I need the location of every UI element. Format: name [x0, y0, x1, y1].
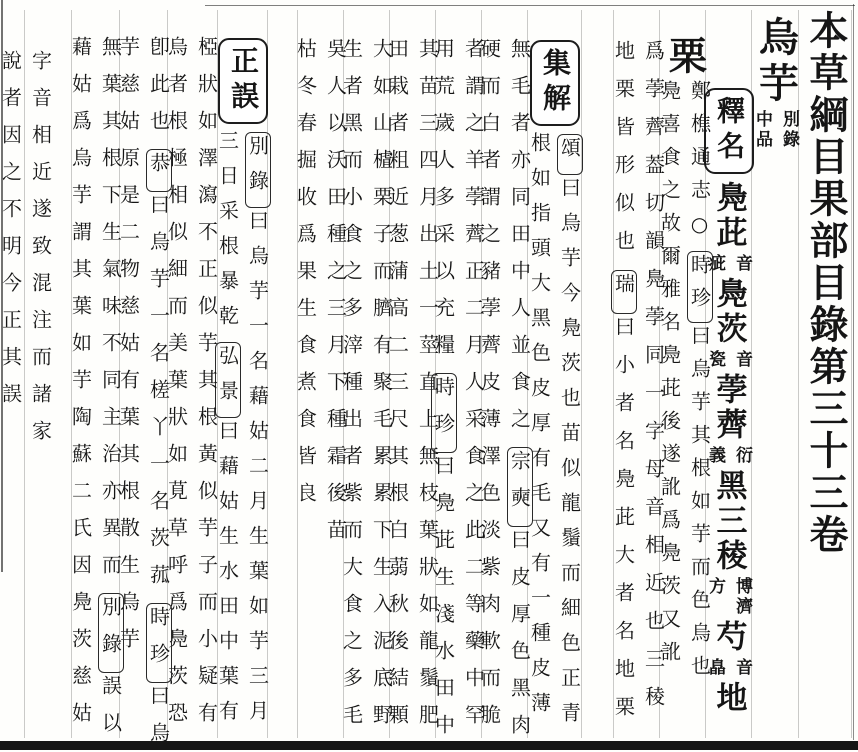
commentator-name: 宗奭	[507, 447, 533, 527]
column-rule	[613, 10, 614, 738]
column-rule	[389, 10, 390, 738]
annotation-sub-right: 爲荸薺葢切韻鳧荸同一字母音相近也三稜	[640, 40, 669, 734]
annotation-sub-right: 無毛者亦同田中人並食之宗奭曰皮厚色黑肉	[506, 38, 535, 751]
annotation-subcolumns: 無葉其根下生氣味不同主治亦異而別錄誤以藉姑爲烏芋謂其葉如芋陶蘇二氏因鳧茨慈姑	[67, 36, 126, 749]
column-rule	[481, 10, 482, 738]
column-rule	[527, 10, 528, 738]
column-rule	[705, 10, 706, 738]
annotation-column: 卽此也恭曰烏芋一名槎丫一名茨菰時珍曰烏芋慈姑原是二物慈姑有葉其根散生烏芋	[120, 36, 168, 752]
annotation-sub-right: 字音相近遂致混注而諸家	[27, 50, 56, 457]
phonetic-note-pair: 別錄中品	[750, 110, 802, 150]
annotation-column: 無葉其根下生氣味不同主治亦異而別錄誤以藉姑爲烏芋謂其葉如芋陶蘇二氏因鳧茨慈姑	[72, 36, 120, 749]
annotation-sub-right: 其苗三四月出土一莖直上無枝葉狀如龍鬚肥	[414, 38, 443, 741]
annotation-column: 栗鄭樵通志○時珍曰烏芋其根如芋而色烏也鳧喜食之故爾雅名鳧茈後遂訛爲鳧茨又訛	[662, 36, 708, 688]
column-rule	[297, 10, 298, 738]
annotation-column: 者謂之羊荸薺正二月人采食之此二等藥中罕用荒歲人多采以充糧時珍曰鳧茈生淺水田中	[436, 38, 482, 751]
section-header-jijie: 集解	[530, 40, 580, 126]
column-rule	[435, 10, 436, 738]
annotation-sub-right: 無葉其根下生氣味不同主治亦異而別錄誤以	[97, 36, 126, 749]
column-rule	[798, 10, 799, 738]
column-rule	[24, 10, 25, 738]
page-title: 本草綱目果部目錄第三十三卷	[802, 10, 854, 556]
column-rule	[267, 10, 268, 738]
column-rule	[581, 10, 582, 738]
commentator-name: 時珍	[687, 251, 713, 323]
annotation-sub-right: 別錄曰烏芋一名藉姑二月生葉如芋三月	[244, 130, 273, 735]
annotation-column: 吳人以沃田種之三月下種霜後苗枯冬春掘收爲果生食煮食皆良	[298, 38, 344, 556]
annotation-column: 大如山樝栗子而臍有聚毛累累下生入泥底野生者黑而小食之多滓種出者紫而大食之多毛	[344, 38, 390, 741]
column-rule	[751, 10, 752, 738]
commentator-name: 瑞	[611, 270, 637, 314]
annotation-subcolumns: 字音相近遂致混注而諸家說者因之不明今正其誤	[0, 50, 56, 457]
annotation-column: 椏狀如澤瀉不正似芋其根黃似芋子而小疑有烏者根極相似細而美葉狀如莧草呼爲鳧茨恐	[168, 36, 216, 739]
annotation-sub-left: 說者因之不明今正其誤	[0, 50, 26, 457]
annotation-column: 字音相近遂致混注而諸家說者因之不明今正其誤	[2, 50, 50, 457]
annotation-column: 正誤別錄曰烏芋一名藉姑二月生葉如芋三月三日采根暴乾弘景曰藉姑生水田中葉有	[218, 38, 268, 735]
commentator-name: 頌	[557, 134, 583, 175]
column-rule	[343, 10, 344, 738]
section-header-zhengwu: 正誤	[218, 38, 268, 124]
entry-name: 烏芋	[748, 16, 805, 108]
annotation-sub-left: 枯冬春掘收爲果生食煮食皆良	[292, 38, 321, 556]
annotation-sub-right: 者謂之羊荸薺正二月人采食之此二等藥中罕	[460, 38, 489, 751]
annotation-sub-right: 吳人以沃田種之三月下種霜後苗	[322, 38, 351, 556]
column-rule	[167, 10, 168, 738]
annotation-sub-right: 大如山樝栗子而臍有聚毛累累下生入泥底野	[368, 38, 397, 741]
column-rule	[119, 10, 120, 738]
annotation-column: 爲荸薺葢切韻鳧荸同一字母音相近也三稜地栗皆形似也瑞曰小者名鳧茈大者名地栗	[616, 40, 662, 734]
annotation-subcolumns: 別錄曰烏芋一名藉姑二月生葉如芋三月三日采根暴乾弘景曰藉姑生水田中葉有	[214, 130, 273, 735]
annotation-column: 集解頌曰烏芋今鳧茨也苗似龍鬚而細色正青根如指頭大黑色皮厚有毛又有一種皮薄	[528, 40, 582, 737]
annotation-sub-right: 鄭樵通志○時珍曰烏芋其根如芋而色烏也	[686, 80, 715, 688]
annotation-column: 無毛者亦同田中人並食之宗奭曰皮厚色黑肉硬而白者謂之豬荸薺皮薄澤色淡紫肉軟而脆	[482, 38, 528, 751]
page-border-top	[205, 5, 855, 6]
annotation-sub-right: 卽此也恭曰烏芋一名槎丫一名茨菰時珍曰烏	[145, 36, 174, 752]
column-rule	[659, 10, 660, 738]
column-rule	[217, 10, 218, 738]
column-rule	[71, 10, 72, 738]
scanned-book-page: 本草綱目果部目錄第三十三卷 烏芋別錄中品釋名鳧茈音疵鳧茨音瓷荸薺衍義黑三稜博濟方…	[0, 0, 858, 752]
annotation-column: 其苗三四月出土一莖直上無枝葉狀如龍鬚肥田栽者粗近葱蒲高二三尺其根白蒻秋後結顆	[390, 38, 436, 741]
entry-column: 烏芋別錄中品	[752, 16, 800, 152]
column-rule	[851, 10, 852, 738]
annotation-subcolumns: 吳人以沃田種之三月下種霜後苗枯冬春掘收爲果生食煮食皆良	[292, 38, 351, 556]
